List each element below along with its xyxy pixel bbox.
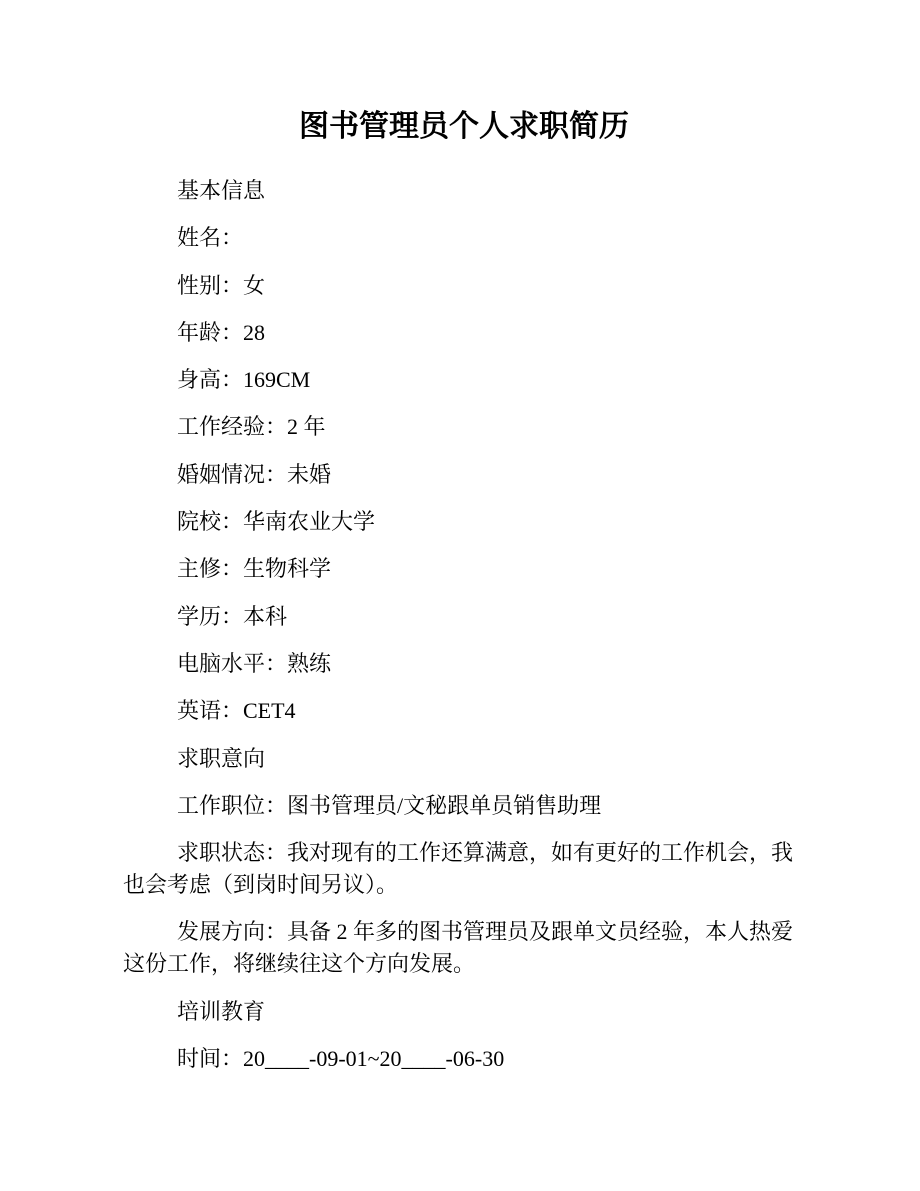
field-computer-level: 电脑水平：熟练 <box>123 648 805 680</box>
field-name: 姓名： <box>123 222 805 254</box>
section-header-job-intention: 求职意向 <box>123 743 805 775</box>
field-college: 院校：华南农业大学 <box>123 506 805 538</box>
field-training-time: 时间：20____-09-01~20____-06-30 <box>123 1043 805 1075</box>
section-header-basic-info: 基本信息 <box>123 175 805 207</box>
field-height: 身高：169CM <box>123 364 805 396</box>
section-header-training-education: 培训教育 <box>123 996 805 1028</box>
field-gender: 性别：女 <box>123 270 805 302</box>
field-major: 主修：生物科学 <box>123 553 805 585</box>
field-development-direction: 发展方向：具备 2 年多的图书管理员及跟单文员经验，本人热爱 这份工作，将继续往… <box>123 916 805 980</box>
field-marital-status: 婚姻情况：未婚 <box>123 459 805 491</box>
page-title: 图书管理员个人求职简历 <box>123 107 805 147</box>
field-education-level: 学历：本科 <box>123 601 805 633</box>
field-work-experience: 工作经验：2 年 <box>123 411 805 443</box>
resume-document-page: 图书管理员个人求职简历 基本信息 姓名： 性别：女 年龄：28 身高：169CM… <box>0 0 920 1191</box>
field-job-position: 工作职位：图书管理员/文秘跟单员销售助理 <box>123 790 805 822</box>
field-age: 年龄：28 <box>123 317 805 349</box>
field-job-status: 求职状态：我对现有的工作还算满意，如有更好的工作机会，我 也会考虑（到岗时间另议… <box>123 837 805 901</box>
field-english-level: 英语：CET4 <box>123 695 805 727</box>
